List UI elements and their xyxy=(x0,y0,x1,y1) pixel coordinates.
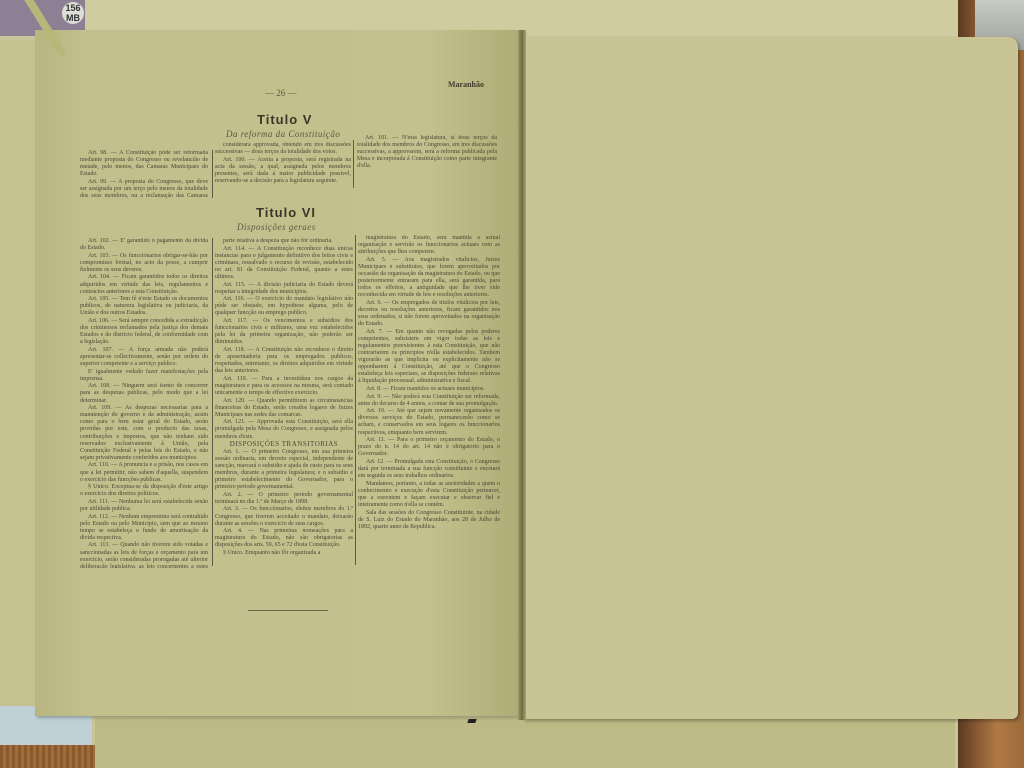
binder-clip xyxy=(467,719,476,723)
article: Art. 106. — Será sempre concedida a extr… xyxy=(80,318,208,346)
underlying-sheet xyxy=(95,718,955,768)
article: § Unico. Emquanto não fôr organizada a xyxy=(215,550,353,557)
article: Art. 4. — Nas primeiras nomeações para a… xyxy=(215,528,353,549)
article: parte relativa á despeza que não fôr ord… xyxy=(215,238,353,245)
article: Art. 109. — As despezas necessarias para… xyxy=(80,405,208,462)
article: Art. 120. — Quando permittirem as circum… xyxy=(215,398,353,419)
article: Mandamos, portanto, a todas as auctorida… xyxy=(358,481,500,509)
titulo-vi-column-1: Art. 102. — E' garantido o pagamento da … xyxy=(80,238,208,568)
wooden-table-corner xyxy=(0,745,95,768)
column-rule xyxy=(355,235,356,565)
column-rule xyxy=(212,238,213,566)
article: Art. 5. — Aos magistrados vitalicios, Ju… xyxy=(358,257,500,300)
article: Art. 105. — Tem fé n'este Estado os docu… xyxy=(80,296,208,317)
article: Art. 100. — Aceita a proposta, será regi… xyxy=(215,157,351,185)
right-page-blank xyxy=(523,37,1018,719)
article: Art. 116. — O exercicio do mandato legis… xyxy=(215,296,353,317)
titulo-v-column-2: considerará approvada, obtendo em tres d… xyxy=(215,142,351,198)
article: Art. 104. — Ficam garantidos todos os di… xyxy=(80,274,208,295)
article: Art. 1. — O primeiro Congresso, em sua p… xyxy=(215,449,353,492)
article: Sala das sessões do Congresso Constituin… xyxy=(358,510,500,531)
titulo-v-column-3: Art. 101. — N'esta legislatura, si dous … xyxy=(357,135,497,183)
titulo-vi-heading: Titulo VI xyxy=(256,205,316,220)
article: magistratura do Estado, será mantida a a… xyxy=(358,235,500,256)
article: § Unico. Exceptua-se da disposição d'est… xyxy=(80,484,208,498)
article: Art. 107. — A força armada não poderá ap… xyxy=(80,347,208,368)
article: Art. 113. — Quando não tiverem sido vota… xyxy=(80,542,208,568)
article: Art. 8. — Ficam mantidos os actuaes muni… xyxy=(358,386,500,393)
titulo-v-subtitle: Da reforma da Constituição xyxy=(226,129,340,139)
article: E' igualmente vedado fazer manifestações… xyxy=(80,369,208,383)
article: Art. 110. — A pronuncia e a prisão, nos … xyxy=(80,462,208,483)
article: Art. 6. — Os empregados de titulos vital… xyxy=(358,300,500,328)
article: Art. 98. — A Constituição póde ser refor… xyxy=(80,150,208,178)
titulo-v-heading: Titulo V xyxy=(257,112,312,127)
article: Art. 11. — Para o primeiro orçamento do … xyxy=(358,437,500,458)
column-rule xyxy=(353,140,354,188)
titulo-v-column-1: Art. 98. — A Constituição póde ser refor… xyxy=(80,150,208,200)
book-gutter xyxy=(518,30,526,720)
article: considerará approvada, obtendo em tres d… xyxy=(215,142,351,156)
article: Art. 102. — E' garantido o pagamento da … xyxy=(80,238,208,252)
article: Art. 115. — A divisão judiciaria do Esta… xyxy=(215,282,353,296)
article: Art. 99. — A proposta do Congresso, que … xyxy=(80,179,208,200)
article: Art. 103. — Os funccionarios obrigar-se-… xyxy=(80,253,208,274)
transitorias-heading: DISPOSIÇÕES TRANSITORIAS xyxy=(215,441,353,448)
article: Art. 117. — Os vencimentos e subsidios d… xyxy=(215,318,353,346)
article: Art. 10. — Até que sejam novamente organ… xyxy=(358,408,500,436)
article: Art. 119. — Para a investidura nos cargo… xyxy=(215,376,353,397)
titulo-vi-column-3: magistratura do Estado, será mantida a a… xyxy=(358,235,500,560)
article: Art. 2. — O primeiro periodo governament… xyxy=(215,492,353,506)
article: Art. 7. — Em quanto não revogadas pelos … xyxy=(358,329,500,386)
titulo-vi-subtitle: Disposições geraes xyxy=(237,222,316,232)
article: Art. 108. — Ninguem será isento de conco… xyxy=(80,383,208,404)
end-rule xyxy=(248,610,328,611)
page-number: — 26 — xyxy=(265,90,297,97)
article: Art. 118. — A Constituição não reconhece… xyxy=(215,347,353,375)
running-header: Maranhão xyxy=(448,81,484,88)
article: Art. 101. — N'esta legislatura, si dous … xyxy=(357,135,497,170)
column-rule xyxy=(212,150,213,198)
article: Art. 114. — A Constituição reconhece dua… xyxy=(215,246,353,281)
article: Art. 9. — Não poderá esta Constituição s… xyxy=(358,394,500,408)
article: Art. 111. — Nenhuma lei será estabelecid… xyxy=(80,499,208,513)
article: Art. 3. — Os funccionarios, eleitos memb… xyxy=(215,506,353,527)
titulo-vi-column-2: parte relativa á despeza que não fôr ord… xyxy=(215,238,353,568)
size-badge: 156 MB xyxy=(62,2,84,24)
article: Art. 112. — Nenhum emprestimo será contr… xyxy=(80,514,208,542)
article: Art. 121. — Approvada esta Constituição,… xyxy=(215,419,353,440)
article: Art. 12. — Promulgada esta Constituição,… xyxy=(358,459,500,480)
